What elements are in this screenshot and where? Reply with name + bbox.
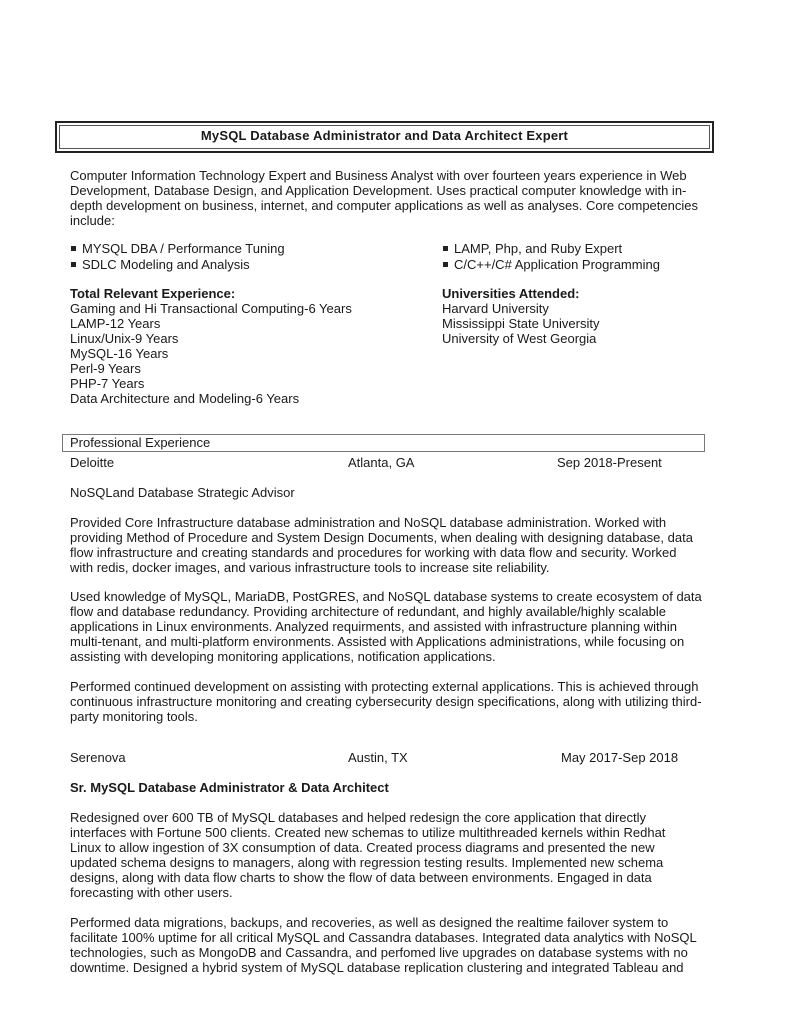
job-paragraph: Performed continued development on assis…: [70, 679, 702, 724]
job-paragraph: Provided Core Infrastructure database ad…: [70, 515, 702, 575]
competencies-right: LAMP, Php, and Ruby Expert C/C++/C# Appl…: [442, 241, 722, 273]
professional-experience-heading: Professional Experience: [62, 434, 705, 452]
job-company: Serenova: [70, 750, 126, 765]
job-paragraph: Redesigned over 600 TB of MySQL database…: [70, 810, 700, 900]
competency-item: C/C++/C# Application Programming: [442, 257, 722, 273]
summary-paragraph: Computer Information Technology Expert a…: [70, 168, 702, 228]
job-location: Austin, TX: [348, 750, 408, 765]
experience-summary-heading: Total Relevant Experience:: [70, 286, 430, 301]
resume-page: MySQL Database Administrator and Data Ar…: [0, 0, 791, 1024]
experience-item: LAMP-12 Years: [70, 316, 430, 331]
job-dates: Sep 2018-Present: [557, 455, 662, 470]
education-item: Mississippi State University: [442, 316, 722, 331]
experience-item: Data Architecture and Modeling-6 Years: [70, 391, 430, 406]
competency-item: LAMP, Php, and Ruby Expert: [442, 241, 722, 257]
education-item: Harvard University: [442, 301, 722, 316]
title-box: MySQL Database Administrator and Data Ar…: [55, 121, 714, 153]
competency-item: MYSQL DBA / Performance Tuning: [70, 241, 410, 257]
job-company: Deloitte: [70, 455, 114, 470]
job-location: Atlanta, GA: [348, 455, 414, 470]
resume-title: MySQL Database Administrator and Data Ar…: [59, 125, 710, 149]
job-header: Serenova Austin, TX May 2017-Sep 2018: [70, 750, 710, 765]
education: Universities Attended: Harvard Universit…: [442, 286, 722, 346]
job-role: Sr. MySQL Database Administrator & Data …: [70, 780, 710, 795]
job-dates: May 2017-Sep 2018: [561, 750, 678, 765]
experience-item: Linux/Unix-9 Years: [70, 331, 430, 346]
job-paragraph: Performed data migrations, backups, and …: [70, 915, 706, 975]
job-header: Deloitte Atlanta, GA Sep 2018-Present: [70, 455, 710, 470]
job-role: NoSQLand Database Strategic Advisor: [70, 485, 710, 500]
experience-item: PHP-7 Years: [70, 376, 430, 391]
education-heading: Universities Attended:: [442, 286, 722, 301]
experience-item: MySQL-16 Years: [70, 346, 430, 361]
experience-item: Perl-9 Years: [70, 361, 430, 376]
experience-summary: Total Relevant Experience: Gaming and Hi…: [70, 286, 430, 406]
competencies-left: MYSQL DBA / Performance Tuning SDLC Mode…: [70, 241, 410, 273]
competency-item: SDLC Modeling and Analysis: [70, 257, 410, 273]
job-paragraph: Used knowledge of MySQL, MariaDB, PostGR…: [70, 589, 706, 664]
education-item: University of West Georgia: [442, 331, 722, 346]
experience-item: Gaming and Hi Transactional Computing-6 …: [70, 301, 430, 316]
